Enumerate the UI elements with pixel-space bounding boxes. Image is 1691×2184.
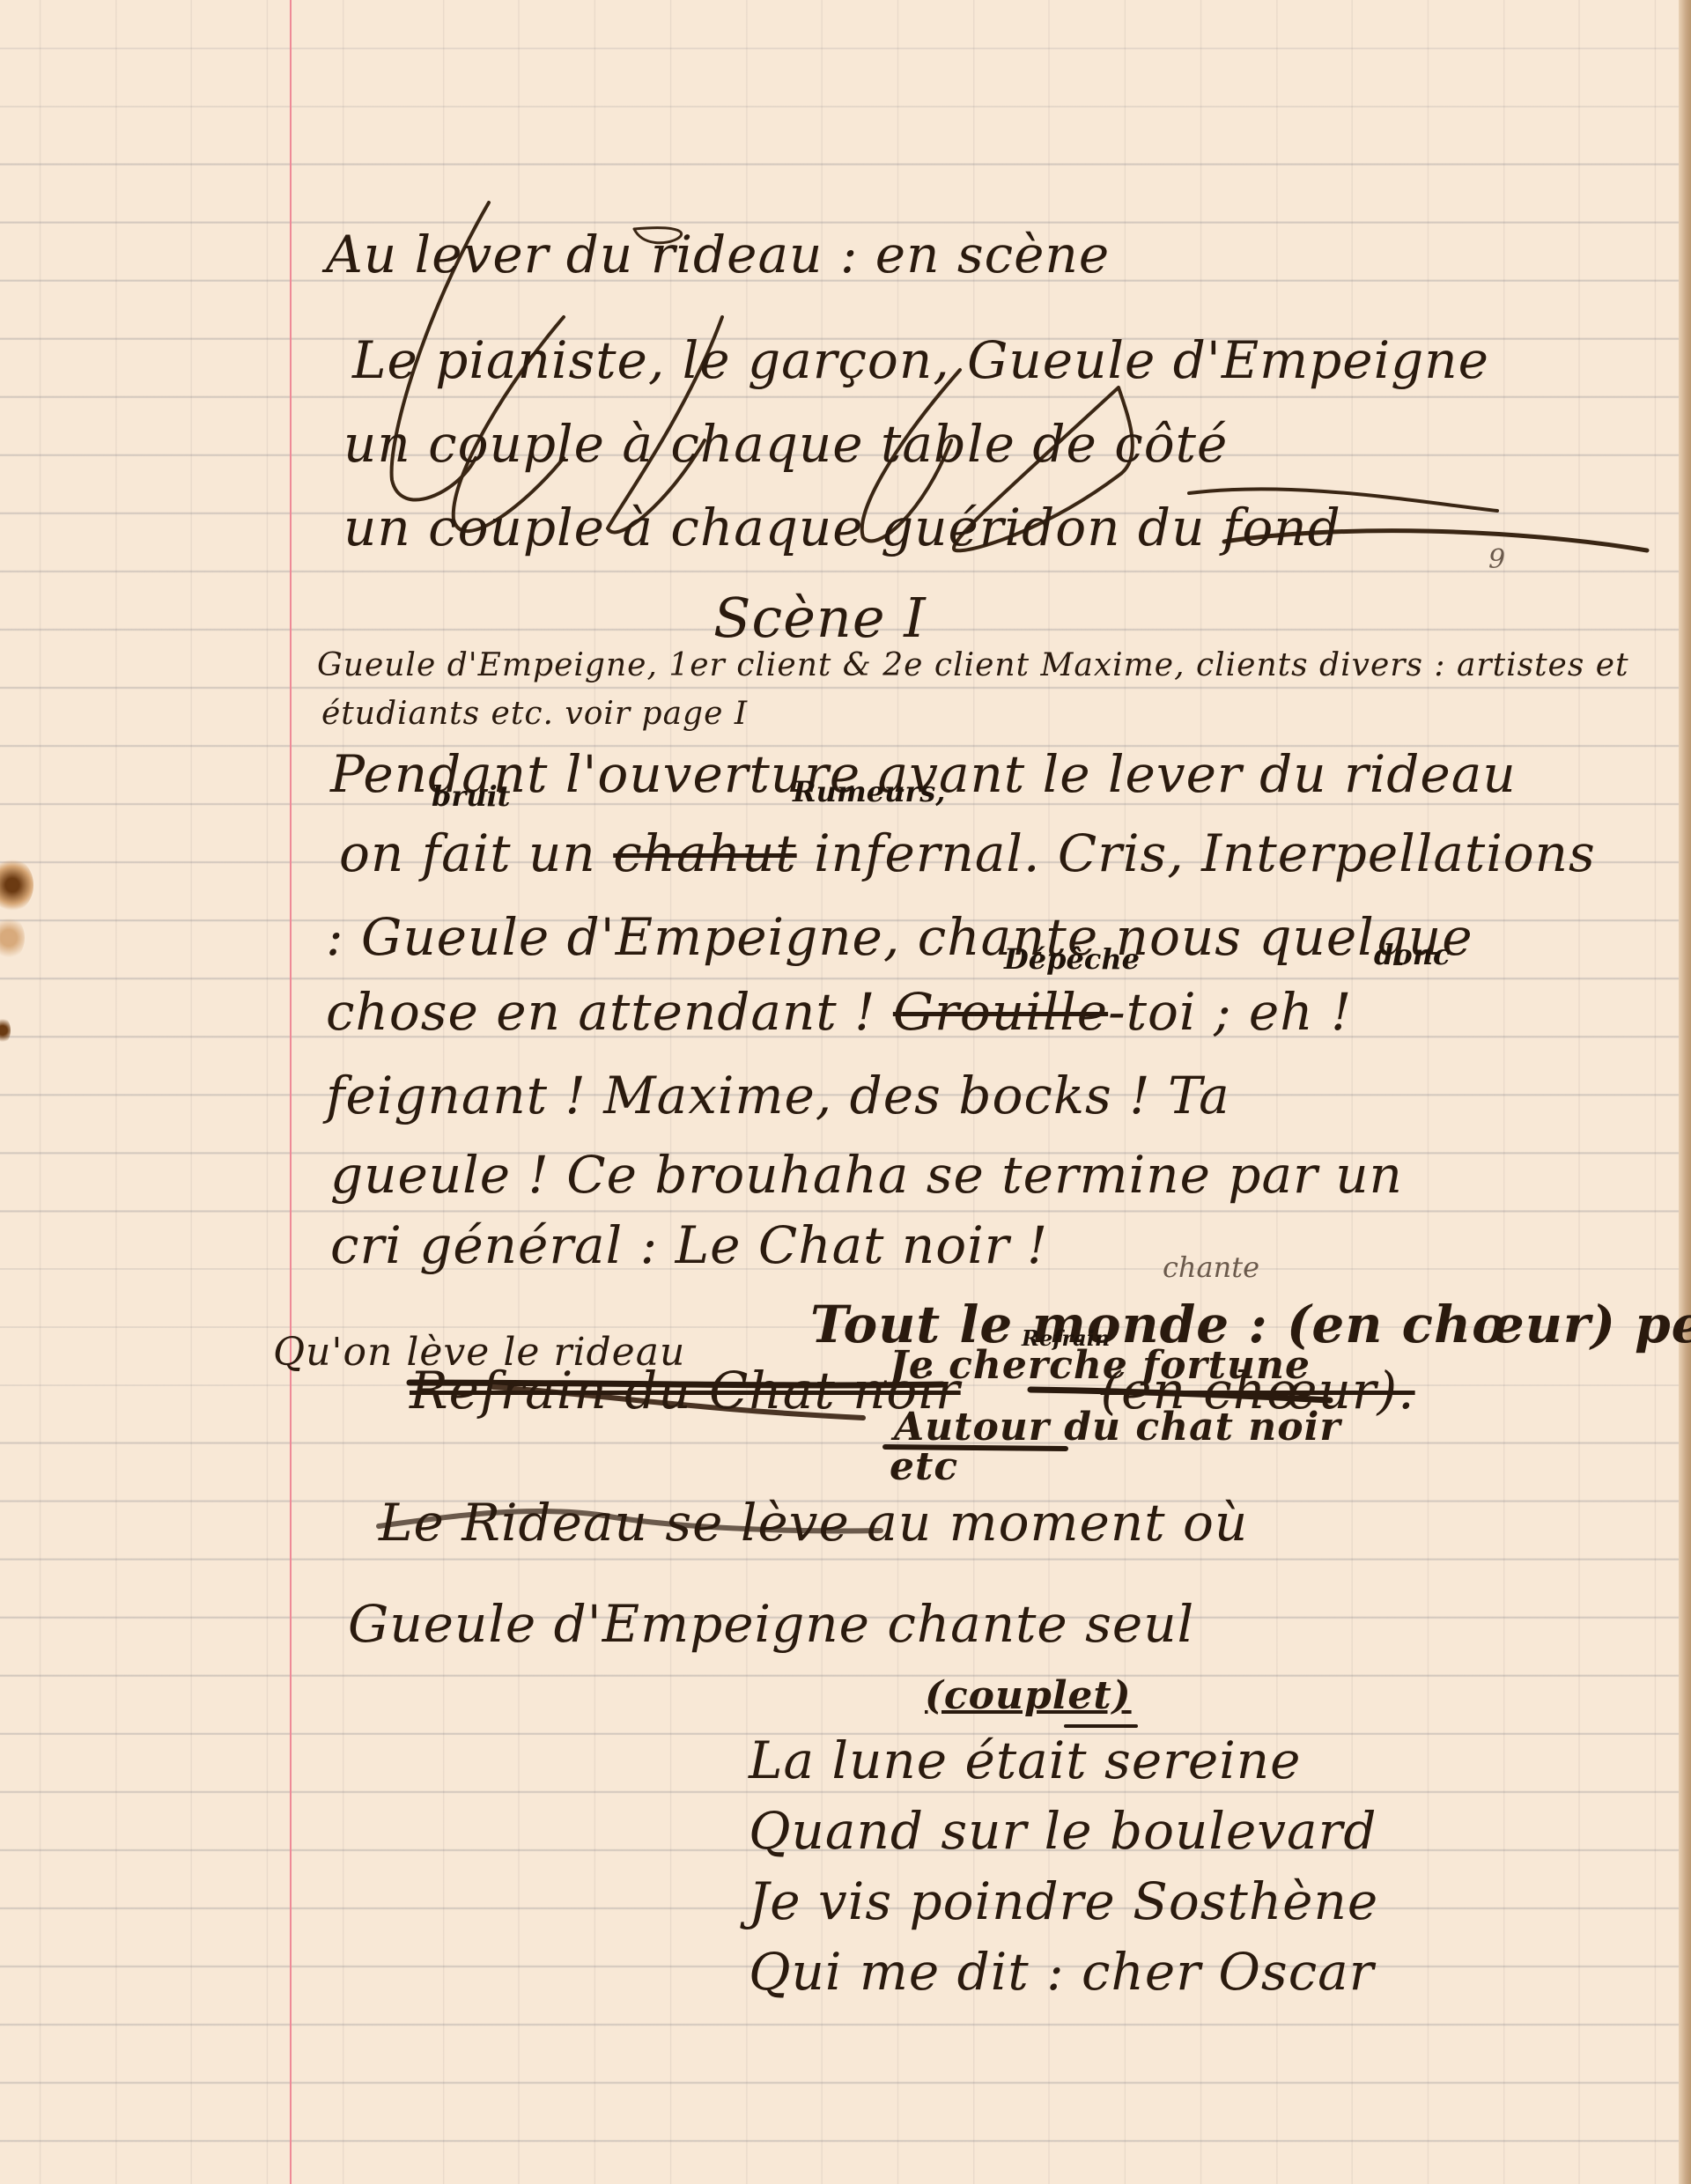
insertion-rumeurs: Rumeurs,: [793, 775, 945, 808]
characters-line-2: étudiants etc. voir page I: [321, 696, 748, 732]
body-line-5: feignant ! Maxime, des bocks ! Ta: [326, 1066, 1230, 1125]
struck-word: chahut: [613, 823, 796, 883]
text: . Cris, Interpellations: [1023, 823, 1596, 883]
chorus-etc: etc: [890, 1444, 958, 1489]
rust-stain: [0, 916, 25, 960]
manuscript-page: Au lever du rideau : en scène Le pianist…: [0, 0, 1691, 2184]
verse-line-4: Qui me dit : cher Oscar: [749, 1942, 1374, 2002]
verse-line-1: La lune était sereine: [749, 1730, 1301, 1790]
body-line-4: chose en attendant ! Grouille-toi ; eh !: [326, 982, 1352, 1042]
body-line-2: on fait un chahut infernal. Cris, Interp…: [339, 823, 1596, 883]
text: :: [326, 907, 361, 967]
insertion-chante: chante: [1163, 1251, 1259, 1284]
text: infernal: [814, 823, 1023, 883]
characters-text: Gueule d'Empeigne, 1er client & 2e clien…: [317, 647, 1629, 683]
insertion-depeche: Dépêche: [1004, 942, 1140, 976]
struck-word: Grouille: [893, 982, 1108, 1042]
stage-line-3: un couple à chaque table de côté: [343, 414, 1228, 474]
body-line-6: gueule ! Ce brouhaha se termine par un: [330, 1145, 1403, 1205]
stage-line-4: un couple à chaque guéridon du fond: [343, 498, 1341, 557]
body-line-7: cri général : Le Chat noir !: [330, 1215, 1048, 1275]
stage-line-2: Le pianiste, le garçon, Gueule d'Empeign…: [352, 330, 1489, 390]
chorus-replacement-line: Autour du chat noir: [894, 1405, 1341, 1450]
characters-line-1: Gueule d'Empeigne, 1er client & 2e clien…: [317, 647, 1629, 683]
stage-line-1: Au lever du rideau : en scène: [326, 225, 1110, 284]
scene-heading: Scène I: [713, 586, 927, 650]
rust-stain: [0, 859, 33, 911]
struck-text: Le Rideau se lève au moment où: [379, 1493, 1248, 1553]
pencil-page-mark: 9: [1488, 544, 1506, 575]
red-margin-line: [290, 0, 292, 2184]
insertion-bruit: bruit: [432, 779, 510, 813]
rust-stain: [0, 1017, 11, 1044]
couplet-label: (couplet): [925, 1673, 1132, 1718]
couplet-text: (couplet): [925, 1673, 1132, 1718]
verse-line-2: Quand sur le boulevard: [749, 1801, 1377, 1861]
struck-curtain-line: Le Rideau se lève au moment où: [379, 1493, 1248, 1553]
body-line-3: : Gueule d'Empeigne, chante nous quelque: [326, 907, 1473, 967]
verse-line-3: Je vis poindre Sosthène: [749, 1871, 1378, 1931]
struck-text: Refrain du Chat noir: [410, 1361, 961, 1420]
insertion-donc: donc: [1374, 938, 1450, 971]
page-edge: [1679, 0, 1691, 2184]
text: on fait un: [339, 823, 596, 883]
solo-line: Gueule d'Empeigne chante seul: [348, 1594, 1194, 1654]
text: chose en attendant !: [326, 982, 875, 1042]
text: Gueule d'Empeigne, chante nous quelque: [361, 907, 1473, 967]
text: -toi ; eh !: [1108, 982, 1352, 1042]
